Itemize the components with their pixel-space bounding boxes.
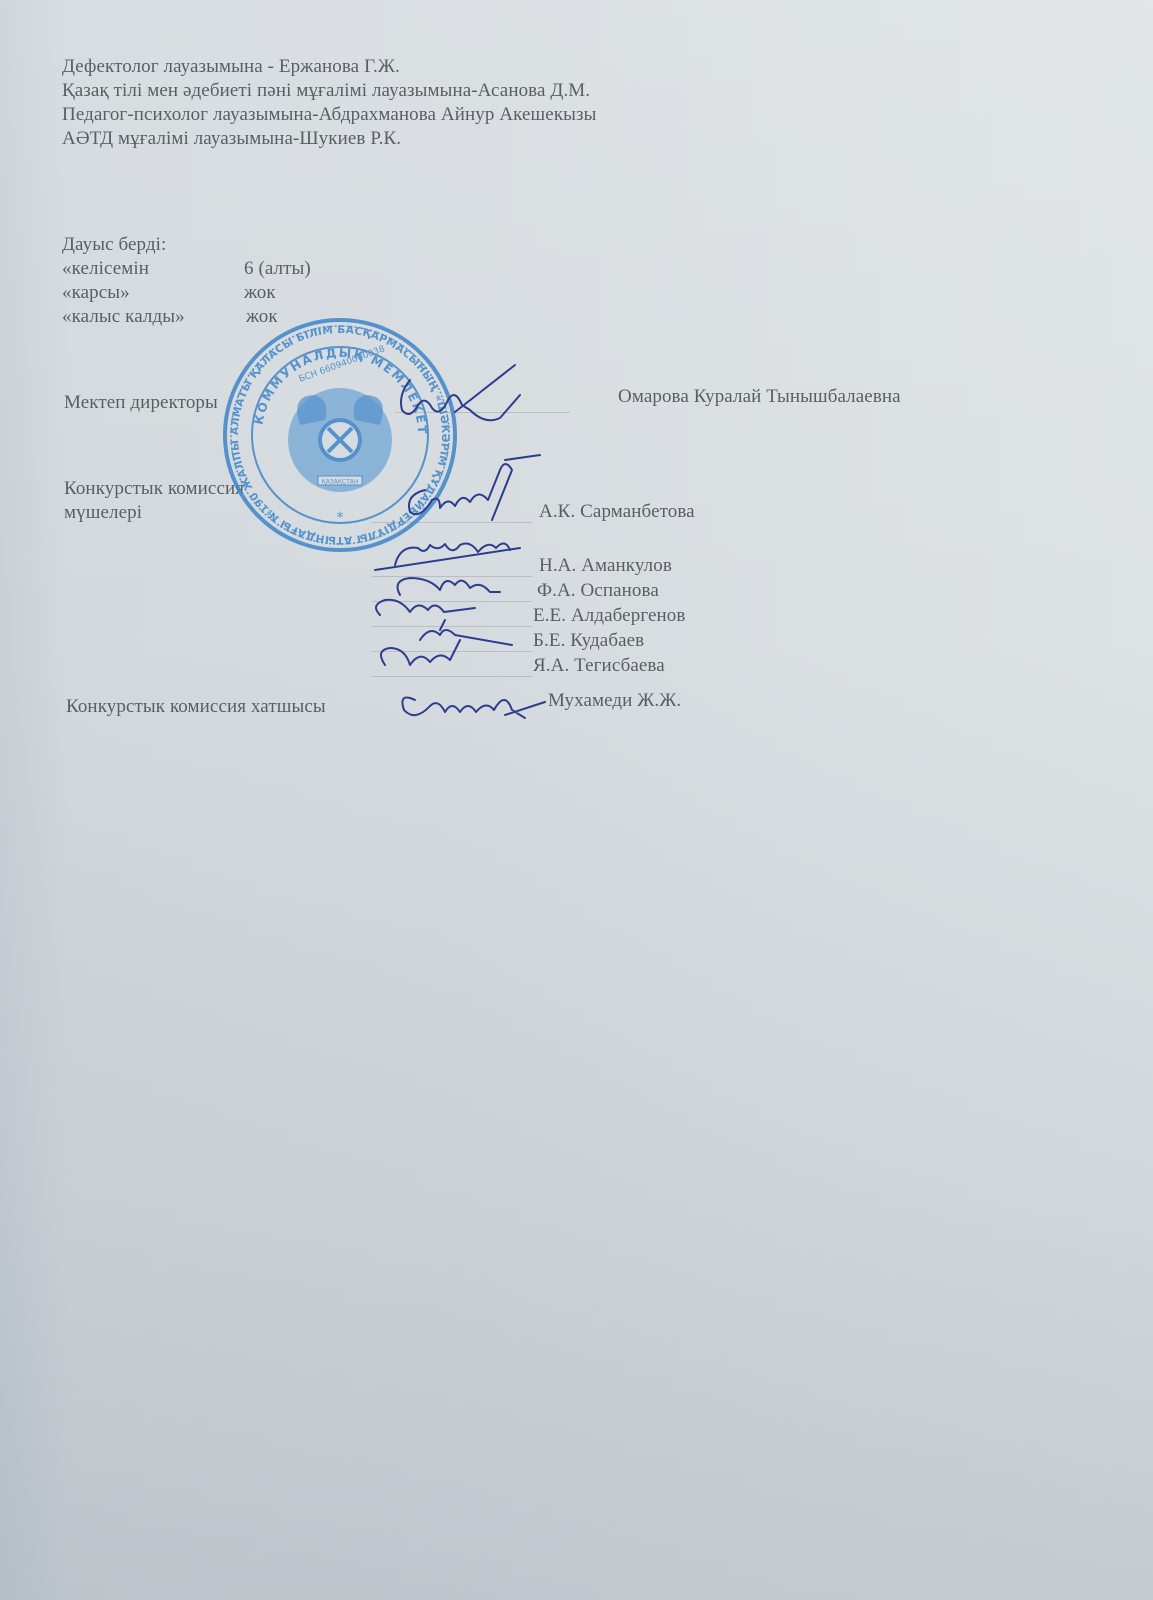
member-signature (409, 455, 540, 520)
member-signature (375, 543, 520, 570)
member-signature (381, 640, 460, 665)
member-signature (420, 620, 512, 645)
signatures (0, 0, 1153, 1600)
member-signature (376, 600, 475, 615)
director-signature (401, 365, 520, 420)
secretary-signature (402, 698, 545, 718)
member-signature (398, 578, 500, 595)
